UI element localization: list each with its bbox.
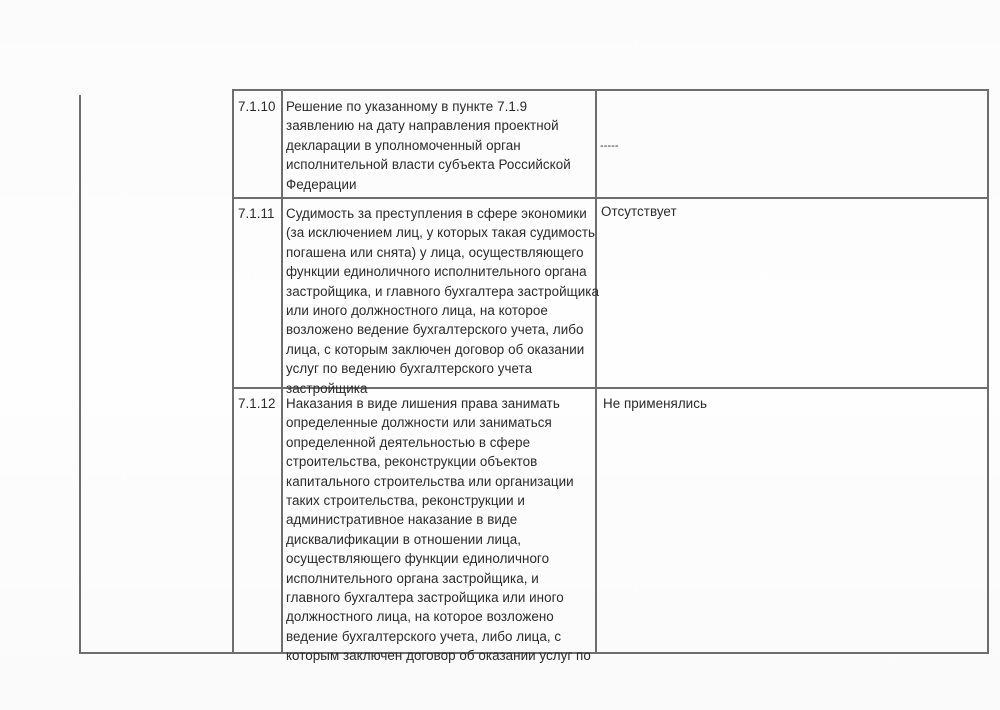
description-line: ведение бухгалтерского учета, либо лица,… <box>286 627 591 646</box>
description-line: определенные должности или заниматься <box>286 413 591 432</box>
row-description: Наказания в виде лишения права занимать … <box>286 394 591 666</box>
row-description: Судимость за преступления в сфере эконом… <box>286 204 599 398</box>
number-column-left-border <box>232 90 234 653</box>
row-value: Отсутствует <box>601 202 677 221</box>
table-right-border <box>987 89 989 652</box>
description-line: осуществляющего функции единоличного <box>286 549 591 568</box>
description-line: заявлению на дату направления проектной <box>286 116 571 135</box>
row-value: Не применялись <box>603 394 707 413</box>
description-line: административное наказание в виде <box>286 510 591 529</box>
description-line: дисквалификации в отношении лица, <box>286 530 591 549</box>
description-line: Федерации <box>286 175 571 194</box>
description-line: определенной деятельностью в сфере <box>286 433 591 452</box>
description-line: лица, с которым заключен договор об оказ… <box>286 340 599 359</box>
description-line: функции единоличного исполнительного орг… <box>286 262 599 281</box>
description-line: должностного лица, на которое возложено <box>286 607 591 626</box>
description-line: Наказания в виде лишения права занимать <box>286 394 591 413</box>
description-line: или иного должностного лица, на которое <box>286 301 599 320</box>
description-line: погашена или снята) у лица, осуществляющ… <box>286 243 599 262</box>
description-line: услуг по ведению бухгалтерского учета <box>286 359 599 378</box>
row-divider-1 <box>232 197 989 199</box>
description-line: Судимость за преступления в сфере эконом… <box>286 204 599 223</box>
description-line: которым заключен договор об оказании усл… <box>286 646 591 665</box>
row-value: ----- <box>600 137 619 156</box>
row-description: Решение по указанному в пункте 7.1.9 зая… <box>286 97 571 194</box>
table-top-border <box>232 89 989 91</box>
row-number: 7.1.12 <box>238 394 276 413</box>
description-line: строительства, реконструкции объектов <box>286 452 591 471</box>
row-number: 7.1.10 <box>238 97 276 116</box>
description-line: исполнительного органа застройщика, и <box>286 569 591 588</box>
description-line: Решение по указанному в пункте 7.1.9 <box>286 97 571 116</box>
description-line: декларации в уполномоченный орган <box>286 136 571 155</box>
description-column-left-border <box>281 90 283 653</box>
scanned-document-page: 7.1.10 Решение по указанному в пункте 7.… <box>0 0 1000 710</box>
description-line: возложено ведение бухгалтерского учета, … <box>286 320 599 339</box>
description-line: таких строительства, реконструкции и <box>286 491 591 510</box>
description-line: исполнительной власти субъекта Российско… <box>286 155 571 174</box>
description-line: главного бухгалтера застройщика или иног… <box>286 588 591 607</box>
table-left-outer-border <box>79 95 81 653</box>
description-line: (за исключением лиц, у которых такая суд… <box>286 223 599 242</box>
description-line: капитального строительства или организац… <box>286 472 591 491</box>
description-line: застройщика, и главного бухгалтера застр… <box>286 282 599 301</box>
row-number: 7.1.11 <box>238 204 275 223</box>
